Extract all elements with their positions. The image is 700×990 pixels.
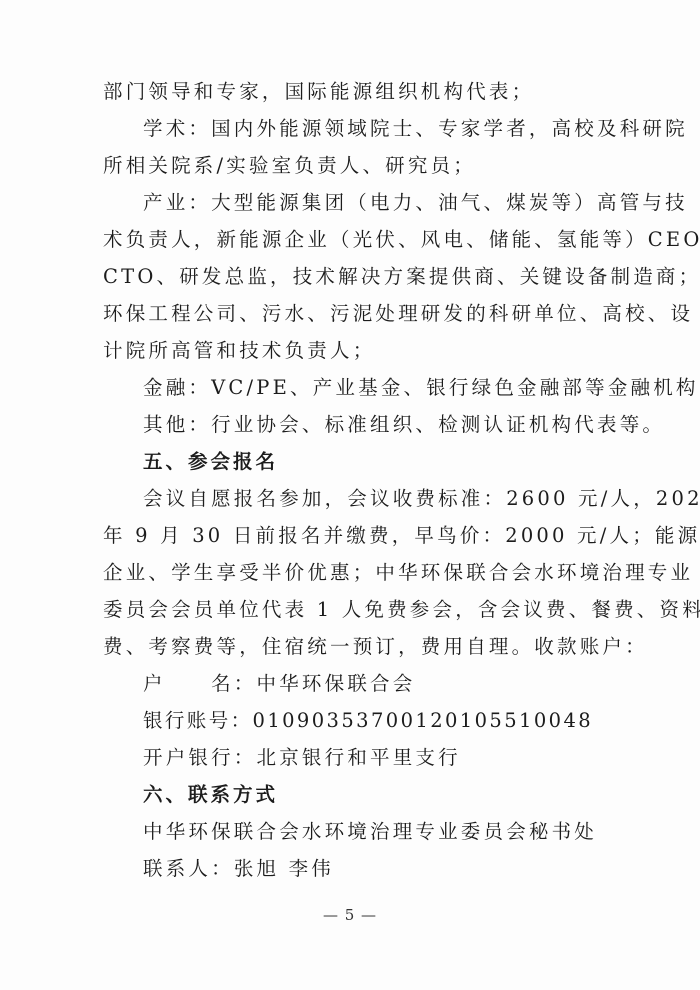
bank-value: 北京银行和平里支行 [257, 746, 461, 769]
bank-label: 开户银行： [143, 746, 257, 769]
account-number-label: 银行账号： [143, 709, 253, 732]
text-line: CTO、研发总监，技术解决方案提供商、关键设备制造商； [103, 265, 591, 289]
account-number-value: 01090353700120105510048 [253, 709, 594, 732]
account-number-row: 银行账号：01090353700120105510048 [143, 709, 591, 733]
text-line: 环保工程公司、污水、污泥处理研发的科研单位、高校、设 [103, 302, 591, 326]
text-line: 部门领导和专家，国际能源组织机构代表； [103, 80, 591, 104]
text-line: 术负责人，新能源企业（光伏、风电、储能、氢能等）CEO、 [103, 228, 591, 252]
text-line: 费、考察费等，住宿统一预订，费用自理。收款账户： [103, 635, 591, 659]
text-line: 其他：行业协会、标准组织、检测认证机构代表等。 [143, 413, 591, 437]
text-line: 委员会会员单位代表 1 人免费参会，含会议费、餐费、资料 [103, 598, 591, 622]
text-line: 学术：国内外能源领域院士、专家学者，高校及科研院 [143, 117, 591, 141]
text-line: 金融：VC/PE、产业基金、银行绿色金融部等金融机构； [143, 376, 591, 400]
contact-person-label: 联系人： [143, 857, 234, 880]
account-name-value: 中华环保联合会 [257, 672, 416, 695]
account-name-row: 户 名：中华环保联合会 [143, 672, 591, 696]
text-line: 计院所高管和技术负责人； [103, 339, 591, 363]
text-line: 企业、学生享受半价优惠；中华环保联合会水环境治理专业 [103, 561, 591, 585]
contact-organization: 中华环保联合会水环境治理专业委员会秘书处 [143, 820, 591, 844]
bank-row: 开户银行：北京银行和平里支行 [143, 746, 591, 770]
page-number: — 5 — [0, 906, 700, 924]
text-line: 所相关院系/实验室负责人、研究员； [103, 154, 591, 178]
section-heading-registration: 五、参会报名 [143, 450, 591, 474]
account-name-label: 户 名： [143, 672, 257, 695]
contact-person-row: 联系人：张旭 李伟 [143, 857, 591, 881]
text-line: 会议自愿报名参加，会议收费标准：2600 元/人，2025 [143, 487, 591, 511]
section-heading-contact: 六、联系方式 [143, 783, 591, 807]
contact-person-value: 张旭 李伟 [234, 857, 334, 880]
document-page: 部门领导和专家，国际能源组织机构代表；学术：国内外能源领域院士、专家学者，高校及… [0, 0, 700, 990]
text-line: 产业：大型能源集团（电力、油气、煤炭等）高管与技 [143, 191, 591, 215]
text-line: 年 9 月 30 日前报名并缴费，早鸟价：2000 元/人；能源工业 [103, 524, 591, 548]
